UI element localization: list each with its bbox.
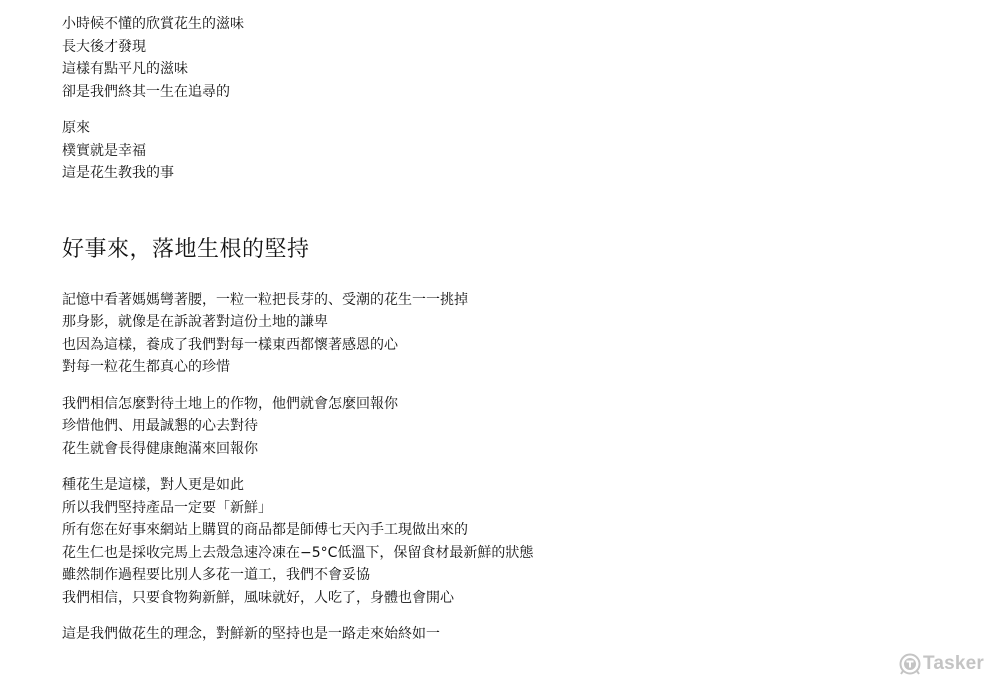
text-line: 記憶中看著媽媽彎著腰，一粒一粒把長芽的、受潮的花生一一挑掉 <box>62 289 962 312</box>
tasker-logo-icon <box>899 653 921 675</box>
paragraph: 記憶中看著媽媽彎著腰，一粒一粒把長芽的、受潮的花生一一挑掉 那身影，就像是在訴說… <box>62 289 962 379</box>
text-line: 我們相信，只要食物夠新鮮，風味就好，人吃了，身體也會開心 <box>62 587 962 610</box>
text-line: 所有您在好事來網站上購買的商品都是師傅七天內手工現做出來的 <box>62 519 962 542</box>
text-line: 也因為這樣，養成了我們對每一樣東西都懷著感恩的心 <box>62 334 962 357</box>
watermark-text: Tasker <box>923 653 984 675</box>
text-line: 雖然制作過程要比別人多花一道工，我們不會妥協 <box>62 564 962 587</box>
text-line: 花生就會長得健康飽滿來回報你 <box>62 438 962 461</box>
paragraph: 種花生是這樣，對人更是如此 所以我們堅持產品一定要「新鮮」 所有您在好事來網站上… <box>62 474 962 609</box>
paragraph: 這是我們做花生的理念，對鮮新的堅持也是一路走來始終如一 <box>62 623 962 646</box>
article-content: 小時候不懂的欣賞花生的滋味 長大後才發現 這樣有點平凡的滋味 卻是我們終其一生在… <box>62 13 962 646</box>
text-line: 我們相信怎麼對待土地上的作物，他們就會怎麼回報你 <box>62 393 962 416</box>
paragraph: 小時候不懂的欣賞花生的滋味 長大後才發現 這樣有點平凡的滋味 卻是我們終其一生在… <box>62 13 962 103</box>
text-line: 這是花生教我的事 <box>62 162 962 185</box>
text-line: 花生仁也是採收完馬上去殼急速冷凍在−5°C低溫下，保留食材最新鮮的狀態 <box>62 542 962 565</box>
text-line: 卻是我們終其一生在追尋的 <box>62 81 962 104</box>
text-line: 小時候不懂的欣賞花生的滋味 <box>62 13 962 36</box>
text-line: 種花生是這樣，對人更是如此 <box>62 474 962 497</box>
paragraph: 原來 樸實就是幸福 這是花生教我的事 <box>62 117 962 185</box>
text-line: 這樣有點平凡的滋味 <box>62 58 962 81</box>
text-line: 原來 <box>62 117 962 140</box>
text-line: 所以我們堅持產品一定要「新鮮」 <box>62 497 962 520</box>
text-line: 對每一粒花生都真心的珍惜 <box>62 356 962 379</box>
paragraph: 我們相信怎麼對待土地上的作物，他們就會怎麼回報你 珍惜他們、用最誠懇的心去對待 … <box>62 393 962 461</box>
text-line: 長大後才發現 <box>62 36 962 59</box>
text-line: 樸實就是幸福 <box>62 140 962 163</box>
text-line: 那身影，就像是在訴說著對這份土地的謙卑 <box>62 311 962 334</box>
watermark: Tasker <box>899 653 984 675</box>
section-heading: 好事來，落地生根的堅持 <box>62 235 962 265</box>
text-line: 珍惜他們、用最誠懇的心去對待 <box>62 415 962 438</box>
text-line: 這是我們做花生的理念，對鮮新的堅持也是一路走來始終如一 <box>62 623 962 646</box>
